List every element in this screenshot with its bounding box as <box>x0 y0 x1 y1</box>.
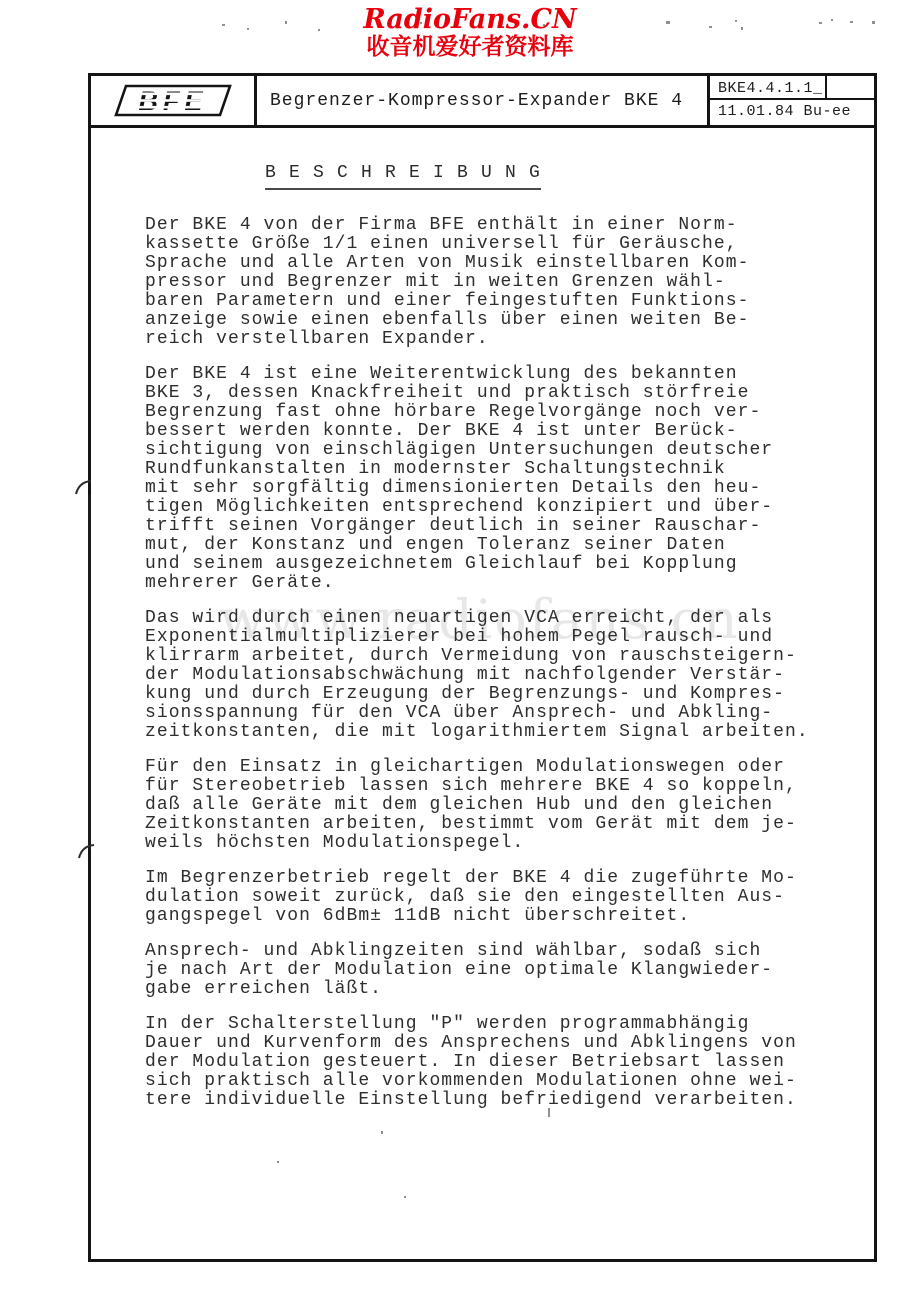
document-date: 11.01.84 Bu-ee <box>710 100 874 120</box>
scan-border-artifact <box>88 495 91 850</box>
paragraph: Im Begrenzerbetrieb regelt der BKE 4 die… <box>145 869 855 926</box>
paragraph: Für den Einsatz in gleichartigen Modulat… <box>145 758 855 853</box>
scanned-document-page: RadioFans.CN 收音机爱好者资料库 BFE Begrenzer-Kom… <box>0 0 920 1302</box>
document-number-text: BKE4.4.1.1_ <box>718 80 823 97</box>
paragraph: In der Schalterstellung "P" werden progr… <box>145 1015 855 1110</box>
site-watermark-subtitle: 收音机爱好者资料库 <box>10 34 920 61</box>
paragraph: Das wird durch einen neuartigen VCA erre… <box>145 609 855 742</box>
page-heading: B E S C H R E I B U N G <box>265 163 541 190</box>
paragraph: Der BKE 4 von der Firma BFE enthält in e… <box>145 216 855 349</box>
page-frame: BFE Begrenzer-Kompressor-Expander BKE 4 … <box>88 73 877 1262</box>
paragraph: Ansprech- und Abklingzeiten sind wählbar… <box>145 942 855 999</box>
paragraph: Der BKE 4 ist eine Weiterentwicklung des… <box>145 365 855 593</box>
document-number: BKE4.4.1.1_ <box>710 76 874 100</box>
site-watermark: RadioFans.CN 收音机爱好者资料库 <box>10 6 920 61</box>
binding-mark-icon <box>76 842 96 860</box>
body-text: Der BKE 4 von der Firma BFE enthält in e… <box>145 216 855 1126</box>
site-watermark-title: RadioFans.CN <box>10 6 920 34</box>
document-title: Begrenzer-Kompressor-Expander BKE 4 <box>257 76 707 125</box>
bfe-logo-icon: BFE <box>107 82 237 119</box>
document-number-box: BKE4.4.1.1_ 11.01.84 Bu-ee <box>707 76 874 125</box>
document-header: BFE Begrenzer-Kompressor-Expander BKE 4 … <box>91 76 874 128</box>
header-divider <box>825 76 827 98</box>
logo-cell: BFE <box>91 76 257 125</box>
binding-mark-icon <box>73 478 93 496</box>
